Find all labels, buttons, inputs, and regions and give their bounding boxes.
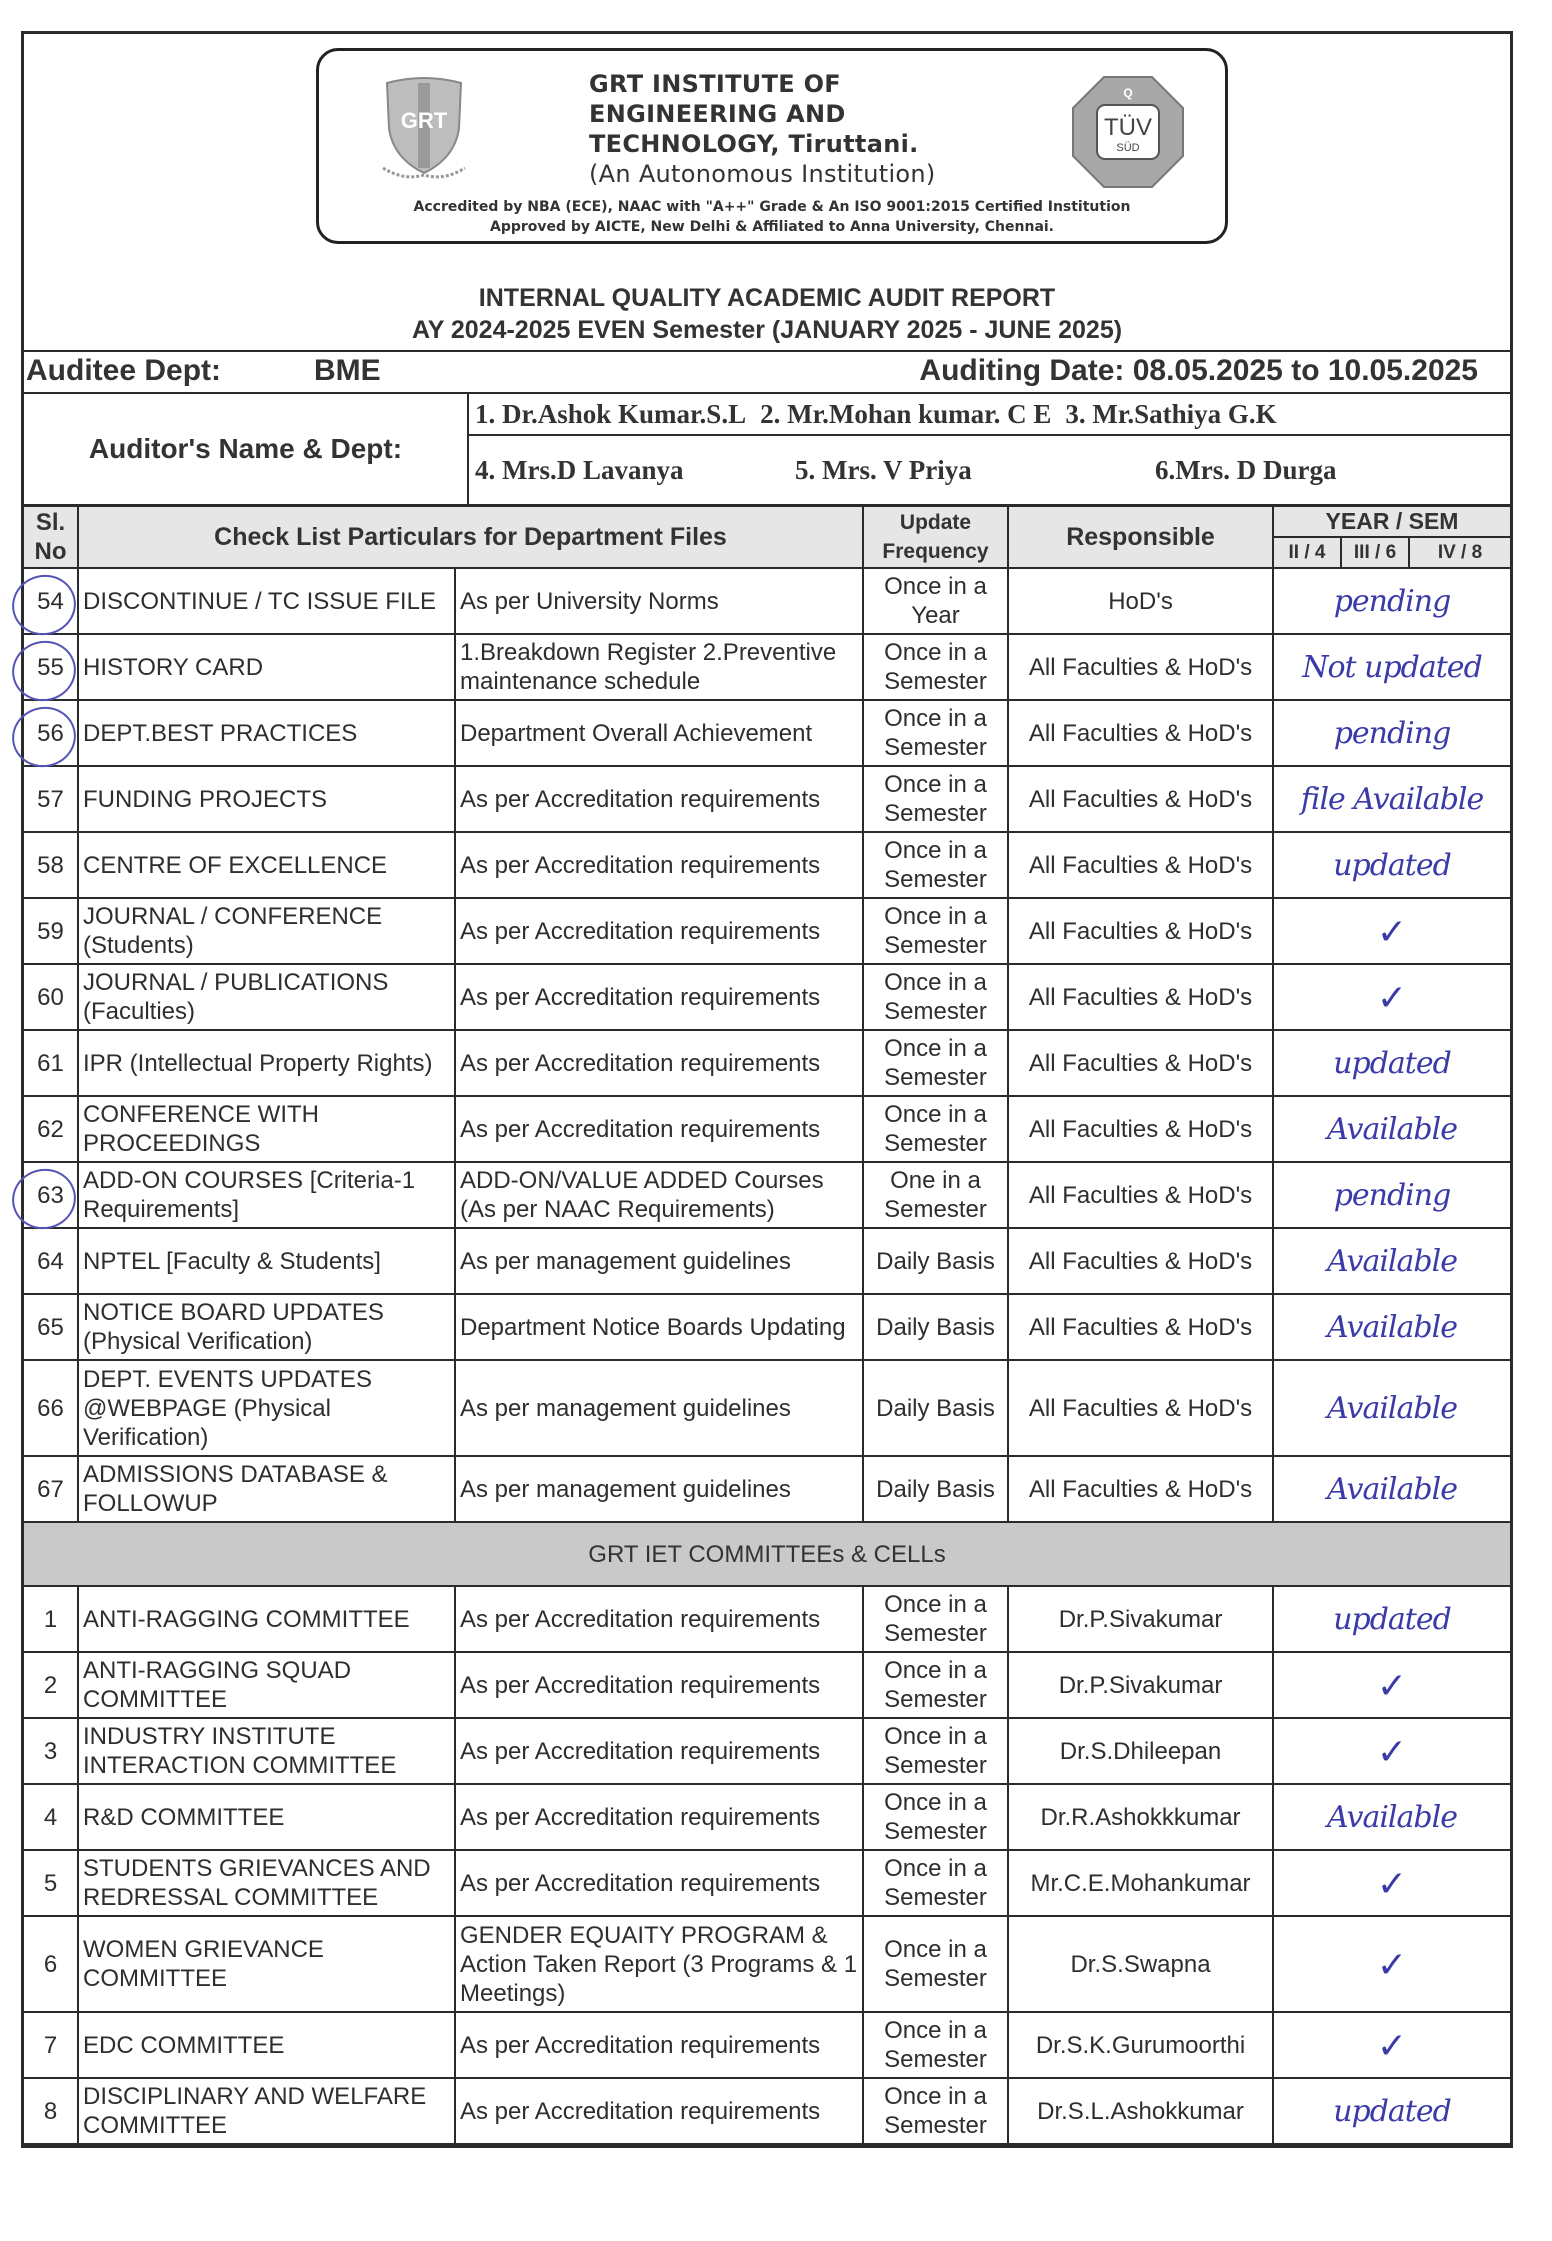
letterhead-box: GRT GRT INSTITUTE OF ENGINEERING AND TEC… (316, 48, 1228, 244)
auditor-name: 6.Mrs. D Durga (1155, 455, 1336, 486)
responsible-cell: All Faculties & HoD's (1008, 1294, 1273, 1360)
responsible-cell: All Faculties & HoD's (1008, 1030, 1273, 1096)
sl-no-cell: 4 (24, 1784, 78, 1850)
frequency-cell: Once in a Semester (863, 766, 1008, 832)
table-row: 1ANTI-RAGGING COMMITTEEAs per Accreditat… (24, 1586, 1510, 1652)
description-cell: As per Accreditation requirements (455, 832, 863, 898)
table-row: 63ADD-ON COURSES [Criteria-1 Requirement… (24, 1162, 1510, 1228)
accreditation-line: Accredited by NBA (ECE), NAAC with "A++"… (319, 197, 1225, 217)
header-sl-no: Sl. No (24, 507, 78, 568)
particular-cell: CONFERENCE WITH PROCEEDINGS (78, 1096, 455, 1162)
particular-cell: IPR (Intellectual Property Rights) (78, 1030, 455, 1096)
responsible-cell: All Faculties & HoD's (1008, 898, 1273, 964)
sl-no-cell: 65 (24, 1294, 78, 1360)
description-cell: Department Overall Achievement (455, 700, 863, 766)
handwritten-remark: Available (1273, 1784, 1510, 1850)
frequency-cell: Once in a Year (863, 568, 1008, 634)
sl-no-cell: 2 (24, 1652, 78, 1718)
header-year-sem: YEAR / SEM (1273, 507, 1510, 537)
table-row: 64NPTEL [Faculty & Students]As per manag… (24, 1228, 1510, 1294)
handwritten-remark: updated (1273, 1030, 1510, 1096)
frequency-cell: Daily Basis (863, 1360, 1008, 1456)
institution-name-line2: ENGINEERING AND (589, 99, 936, 129)
responsible-cell: All Faculties & HoD's (1008, 1360, 1273, 1456)
report-subtitle: AY 2024-2025 EVEN Semester (JANUARY 2025… (24, 314, 1510, 346)
approval-line: Approved by AICTE, New Delhi & Affiliate… (319, 217, 1225, 237)
particular-cell: WOMEN GRIEVANCE COMMITTEE (78, 1916, 455, 2012)
responsible-cell: All Faculties & HoD's (1008, 964, 1273, 1030)
auditor-name: 4. Mrs.D Lavanya (475, 455, 795, 486)
frequency-cell: Once in a Semester (863, 1916, 1008, 2012)
institution-name-line1: GRT INSTITUTE OF (589, 69, 936, 99)
sl-no-cell: 63 (24, 1162, 78, 1228)
particular-cell: STUDENTS GRIEVANCES AND REDRESSAL COMMIT… (78, 1850, 455, 1916)
frequency-cell: Once in a Semester (863, 964, 1008, 1030)
particular-cell: R&D COMMITTEE (78, 1784, 455, 1850)
description-cell: 1.Breakdown Register 2.Preventive mainte… (455, 634, 863, 700)
table-row: 7EDC COMMITTEEAs per Accreditation requi… (24, 2012, 1510, 2078)
auditor-name: 1. Dr.Ashok Kumar.S.L (475, 399, 746, 430)
frequency-cell: Once in a Semester (863, 898, 1008, 964)
auditor-name: 5. Mrs. V Priya (795, 455, 1155, 486)
auditee-label: Auditee Dept: (26, 354, 221, 388)
header-sem-ii-4: II / 4 (1273, 537, 1341, 568)
svg-text:SÜD: SÜD (1116, 142, 1139, 154)
particular-cell: EDC COMMITTEE (78, 2012, 455, 2078)
tuv-sud-certification-logo-icon: Q TÜV SÜD (1069, 73, 1187, 191)
handwritten-remark: Available (1273, 1456, 1510, 1522)
checklist-rows: 54DISCONTINUE / TC ISSUE FILEAs per Univ… (24, 568, 1510, 2144)
report-title-block: INTERNAL QUALITY ACADEMIC AUDIT REPORT A… (24, 274, 1510, 352)
responsible-cell: Dr.P.Sivakumar (1008, 1652, 1273, 1718)
report-title: INTERNAL QUALITY ACADEMIC AUDIT REPORT (24, 282, 1510, 314)
table-row: 54DISCONTINUE / TC ISSUE FILEAs per Univ… (24, 568, 1510, 634)
handwritten-remark: ✓ (1273, 1916, 1510, 2012)
header-responsible: Responsible (1008, 507, 1273, 568)
accreditation-text: Accredited by NBA (ECE), NAAC with "A++"… (319, 197, 1225, 237)
svg-text:Q: Q (1123, 86, 1132, 100)
frequency-cell: Once in a Semester (863, 1784, 1008, 1850)
frequency-cell: Once in a Semester (863, 700, 1008, 766)
institution-status: (An Autonomous Institution) (589, 159, 936, 189)
frequency-cell: One in a Semester (863, 1162, 1008, 1228)
description-cell: As per Accreditation requirements (455, 1850, 863, 1916)
frequency-cell: Once in a Semester (863, 1652, 1008, 1718)
table-row: 58CENTRE OF EXCELLENCEAs per Accreditati… (24, 832, 1510, 898)
sl-no-cell: 56 (24, 700, 78, 766)
handwritten-remark: Available (1273, 1294, 1510, 1360)
particular-cell: INDUSTRY INSTITUTE INTERACTION COMMITTEE (78, 1718, 455, 1784)
responsible-cell: All Faculties & HoD's (1008, 1096, 1273, 1162)
sl-no-cell: 54 (24, 568, 78, 634)
svg-text:GRT: GRT (401, 108, 448, 133)
sl-no-cell: 66 (24, 1360, 78, 1456)
handwritten-remark: pending (1273, 568, 1510, 634)
responsible-cell: Dr.S.Swapna (1008, 1916, 1273, 2012)
handwritten-remark: ✓ (1273, 1718, 1510, 1784)
responsible-cell: All Faculties & HoD's (1008, 1456, 1273, 1522)
sl-no-cell: 58 (24, 832, 78, 898)
description-cell: As per management guidelines (455, 1456, 863, 1522)
particular-cell: JOURNAL / CONFERENCE (Students) (78, 898, 455, 964)
particular-cell: FUNDING PROJECTS (78, 766, 455, 832)
auditors-label: Auditor's Name & Dept: (24, 394, 469, 504)
description-cell: As per Accreditation requirements (455, 2078, 863, 2144)
sl-no-cell: 3 (24, 1718, 78, 1784)
description-cell: As per University Norms (455, 568, 863, 634)
description-cell: As per Accreditation requirements (455, 1096, 863, 1162)
responsible-cell: Dr.R.Ashokkkumar (1008, 1784, 1273, 1850)
section-header-row: GRT IET COMMITTEEs & CELLs (24, 1522, 1510, 1586)
letterhead: GRT GRT INSTITUTE OF ENGINEERING AND TEC… (24, 34, 1510, 274)
section-title: GRT IET COMMITTEEs & CELLs (24, 1522, 1510, 1586)
description-cell: As per Accreditation requirements (455, 1030, 863, 1096)
auditee-dept: BME (314, 354, 381, 388)
auditors-list: 1. Dr.Ashok Kumar.S.L 2. Mr.Mohan kumar.… (469, 394, 1510, 504)
responsible-cell: All Faculties & HoD's (1008, 1228, 1273, 1294)
auditors-row: Auditor's Name & Dept: 1. Dr.Ashok Kumar… (24, 394, 1510, 507)
sl-no-cell: 62 (24, 1096, 78, 1162)
description-cell: GENDER EQUAITY PROGRAM & Action Taken Re… (455, 1916, 863, 2012)
description-cell: Department Notice Boards Updating (455, 1294, 863, 1360)
particular-cell: NOTICE BOARD UPDATES (Physical Verificat… (78, 1294, 455, 1360)
particular-cell: CENTRE OF EXCELLENCE (78, 832, 455, 898)
responsible-cell: Dr.P.Sivakumar (1008, 1586, 1273, 1652)
header-sem-iv-8: IV / 8 (1409, 537, 1510, 568)
handwritten-remark: updated (1273, 832, 1510, 898)
sl-no-cell: 61 (24, 1030, 78, 1096)
table-row: 61IPR (Intellectual Property Rights)As p… (24, 1030, 1510, 1096)
frequency-cell: Once in a Semester (863, 634, 1008, 700)
header-particulars: Check List Particulars for Department Fi… (78, 507, 863, 568)
handwritten-remark: ✓ (1273, 1850, 1510, 1916)
frequency-cell: Once in a Semester (863, 1586, 1008, 1652)
handwritten-remark: ✓ (1273, 1652, 1510, 1718)
sl-no-cell: 57 (24, 766, 78, 832)
table-row: 4R&D COMMITTEEAs per Accreditation requi… (24, 1784, 1510, 1850)
responsible-cell: HoD's (1008, 568, 1273, 634)
handwritten-remark: updated (1273, 1586, 1510, 1652)
handwritten-remark: Available (1273, 1096, 1510, 1162)
responsible-cell: All Faculties & HoD's (1008, 1162, 1273, 1228)
description-cell: As per Accreditation requirements (455, 766, 863, 832)
sl-no-cell: 6 (24, 1916, 78, 2012)
description-cell: As per management guidelines (455, 1360, 863, 1456)
table-row: 57FUNDING PROJECTSAs per Accreditation r… (24, 766, 1510, 832)
handwritten-remark: updated (1273, 2078, 1510, 2144)
auditor-name: 3. Mr.Sathiya G.K (1065, 399, 1276, 430)
particular-cell: DEPT. EVENTS UPDATES @WEBPAGE (Physical … (78, 1360, 455, 1456)
table-row: 3INDUSTRY INSTITUTE INTERACTION COMMITTE… (24, 1718, 1510, 1784)
handwritten-remark: ✓ (1273, 964, 1510, 1030)
description-cell: ADD-ON/VALUE ADDED Courses (As per NAAC … (455, 1162, 863, 1228)
sl-no-cell: 7 (24, 2012, 78, 2078)
description-cell: As per Accreditation requirements (455, 964, 863, 1030)
sl-no-cell: 1 (24, 1586, 78, 1652)
handwritten-remark: Available (1273, 1360, 1510, 1456)
table-row: 55HISTORY CARD1.Breakdown Register 2.Pre… (24, 634, 1510, 700)
handwritten-remark: ✓ (1273, 898, 1510, 964)
sl-no-cell: 64 (24, 1228, 78, 1294)
particular-cell: DISCONTINUE / TC ISSUE FILE (78, 568, 455, 634)
frequency-cell: Once in a Semester (863, 2012, 1008, 2078)
description-cell: As per Accreditation requirements (455, 898, 863, 964)
responsible-cell: Dr.S.L.Ashokkumar (1008, 2078, 1273, 2144)
sl-no-cell: 5 (24, 1850, 78, 1916)
particular-cell: DISCIPLINARY AND WELFARE COMMITTEE (78, 2078, 455, 2144)
description-cell: As per management guidelines (455, 1228, 863, 1294)
handwritten-remark: pending (1273, 700, 1510, 766)
table-row: 5STUDENTS GRIEVANCES AND REDRESSAL COMMI… (24, 1850, 1510, 1916)
frequency-cell: Daily Basis (863, 1456, 1008, 1522)
handwritten-remark: Not updated (1273, 634, 1510, 700)
audit-report-page: GRT GRT INSTITUTE OF ENGINEERING AND TEC… (21, 31, 1513, 2148)
handwritten-remark: file Available (1273, 766, 1510, 832)
description-cell: As per Accreditation requirements (455, 1718, 863, 1784)
particular-cell: JOURNAL / PUBLICATIONS (Faculties) (78, 964, 455, 1030)
table-row: 66DEPT. EVENTS UPDATES @WEBPAGE (Physica… (24, 1360, 1510, 1456)
description-cell: As per Accreditation requirements (455, 1784, 863, 1850)
responsible-cell: All Faculties & HoD's (1008, 766, 1273, 832)
frequency-cell: Once in a Semester (863, 2078, 1008, 2144)
table-row: 65NOTICE BOARD UPDATES (Physical Verific… (24, 1294, 1510, 1360)
particular-cell: ADMISSIONS DATABASE & FOLLOWUP (78, 1456, 455, 1522)
frequency-cell: Once in a Semester (863, 1096, 1008, 1162)
checklist-table: Sl. No Check List Particulars for Depart… (24, 507, 1510, 2145)
institution-name: GRT INSTITUTE OF ENGINEERING AND TECHNOL… (589, 69, 936, 189)
responsible-cell: Mr.C.E.Mohankumar (1008, 1850, 1273, 1916)
institution-name-line3: TECHNOLOGY, Tiruttani. (589, 129, 936, 159)
responsible-cell: Dr.S.Dhileepan (1008, 1718, 1273, 1784)
sl-no-cell: 60 (24, 964, 78, 1030)
responsible-cell: Dr.S.K.Gurumoorthi (1008, 2012, 1273, 2078)
responsible-cell: All Faculties & HoD's (1008, 700, 1273, 766)
table-row: 67ADMISSIONS DATABASE & FOLLOWUPAs per m… (24, 1456, 1510, 1522)
particular-cell: ANTI-RAGGING COMMITTEE (78, 1586, 455, 1652)
handwritten-remark: Available (1273, 1228, 1510, 1294)
table-row: 60JOURNAL / PUBLICATIONS (Faculties)As p… (24, 964, 1510, 1030)
particular-cell: ANTI-RAGGING SQUAD COMMITTEE (78, 1652, 455, 1718)
handwritten-remark: ✓ (1273, 2012, 1510, 2078)
particular-cell: HISTORY CARD (78, 634, 455, 700)
sl-no-cell: 67 (24, 1456, 78, 1522)
responsible-cell: All Faculties & HoD's (1008, 832, 1273, 898)
table-row: 62CONFERENCE WITH PROCEEDINGSAs per Accr… (24, 1096, 1510, 1162)
particular-cell: NPTEL [Faculty & Students] (78, 1228, 455, 1294)
sl-no-cell: 8 (24, 2078, 78, 2144)
grt-shield-logo-icon: GRT (379, 73, 469, 183)
auditing-date: Auditing Date: 08.05.2025 to 10.05.2025 (919, 354, 1478, 388)
frequency-cell: Once in a Semester (863, 832, 1008, 898)
auditee-row: Auditee Dept: BME Auditing Date: 08.05.2… (24, 352, 1510, 394)
frequency-cell: Daily Basis (863, 1294, 1008, 1360)
frequency-cell: Daily Basis (863, 1228, 1008, 1294)
svg-text:TÜV: TÜV (1104, 114, 1152, 141)
description-cell: As per Accreditation requirements (455, 1586, 863, 1652)
header-frequency: Update Frequency (863, 507, 1008, 568)
table-row: 56DEPT.BEST PRACTICESDepartment Overall … (24, 700, 1510, 766)
auditor-name: 2. Mr.Mohan kumar. C E (760, 399, 1051, 430)
description-cell: As per Accreditation requirements (455, 2012, 863, 2078)
sl-no-cell: 55 (24, 634, 78, 700)
frequency-cell: Once in a Semester (863, 1850, 1008, 1916)
particular-cell: DEPT.BEST PRACTICES (78, 700, 455, 766)
description-cell: As per Accreditation requirements (455, 1652, 863, 1718)
table-row: 6WOMEN GRIEVANCE COMMITTEEGENDER EQUAITY… (24, 1916, 1510, 2012)
responsible-cell: All Faculties & HoD's (1008, 634, 1273, 700)
handwritten-remark: pending (1273, 1162, 1510, 1228)
frequency-cell: Once in a Semester (863, 1030, 1008, 1096)
sl-no-cell: 59 (24, 898, 78, 964)
header-sem-iii-6: III / 6 (1341, 537, 1409, 568)
particular-cell: ADD-ON COURSES [Criteria-1 Requirements] (78, 1162, 455, 1228)
table-row: 59JOURNAL / CONFERENCE (Students)As per … (24, 898, 1510, 964)
table-row: 2ANTI-RAGGING SQUAD COMMITTEEAs per Accr… (24, 1652, 1510, 1718)
frequency-cell: Once in a Semester (863, 1718, 1008, 1784)
table-row: 8DISCIPLINARY AND WELFARE COMMITTEEAs pe… (24, 2078, 1510, 2144)
